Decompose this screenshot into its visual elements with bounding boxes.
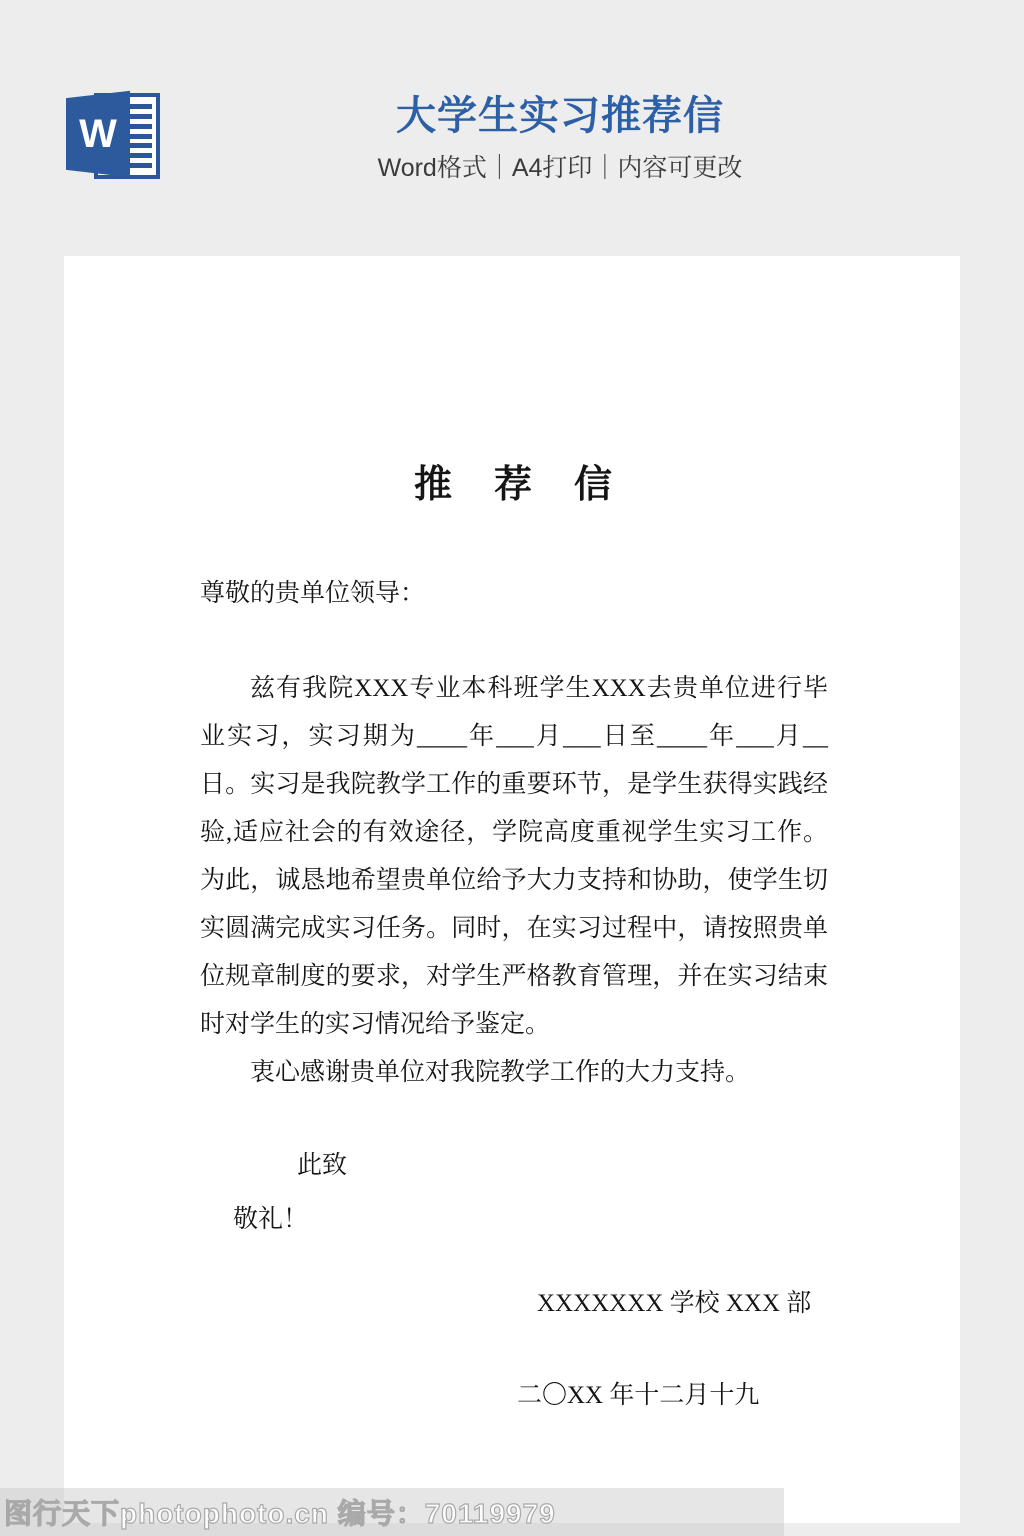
letter-closing-salute: 敬礼！ xyxy=(233,1198,828,1242)
letter-salutation: 尊敬的贵单位领导： xyxy=(200,576,828,612)
document-content: 推 荐 信 尊敬的贵单位领导： 兹有我院XXX专业本科班学生XXX去贵单位进行毕… xyxy=(64,256,960,1523)
page-title: 大学生实习推荐信 xyxy=(96,92,1024,140)
letter-title: 推 荐 信 xyxy=(200,461,828,510)
letter-date: 二〇XX 年十二月十九 xyxy=(517,1378,828,1414)
page-subtitle: Word格式｜A4打印｜内容可更改 xyxy=(96,152,1024,185)
document-page: 推 荐 信 尊敬的贵单位领导： 兹有我院XXX专业本科班学生XXX去贵单位进行毕… xyxy=(64,256,960,1523)
letter-signature: XXXXXXX 学校 XXX 部 xyxy=(537,1286,828,1322)
watermark-text: 图行天下photophoto.cn 编号：70119979 xyxy=(0,1492,556,1532)
letter-closing-regards: 此致 xyxy=(297,1148,828,1184)
watermark-bar: 图行天下photophoto.cn 编号：70119979 xyxy=(0,1488,784,1536)
letter-paragraph-thanks: 衷心感谢贵单位对我院教学工作的大力支持。 xyxy=(200,1049,828,1097)
letter-paragraph-main: 兹有我院XXX专业本科班学生XXX去贵单位进行毕业实习，实习期为____年___… xyxy=(200,665,828,1049)
header: W 大学生实习推荐信 Word格式｜A4打印｜内容可更改 xyxy=(0,0,1024,256)
